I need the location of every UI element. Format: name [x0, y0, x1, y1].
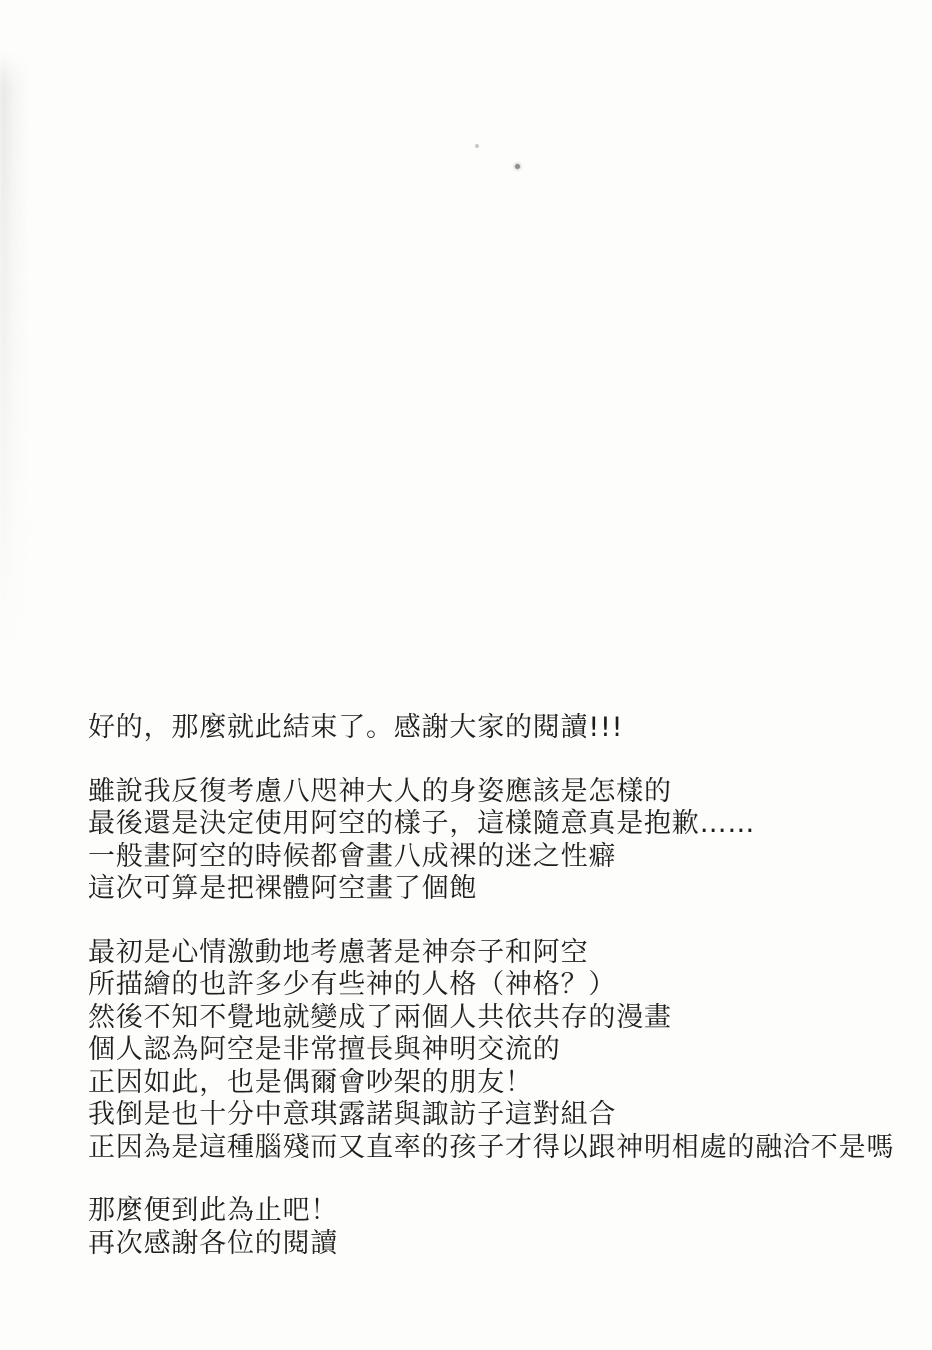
afterword-line: 雖說我反復考慮八咫神大人的身姿應該是怎樣的: [88, 776, 888, 809]
afterword-line: 一般畫阿空的時候都會畫八成裸的迷之性癖: [88, 841, 888, 874]
afterword-paragraph-1: 好的，那麼就此結束了。感謝大家的閱讀!!!: [88, 712, 888, 745]
afterword-paragraph-3: 最初是心情激動地考慮著是神奈子和阿空 所描繪的也許多少有些神的人格（神格？） 然…: [88, 937, 888, 1165]
afterword-line: 然後不知不覺地就變成了兩個人共依共存的漫畫: [88, 1002, 888, 1035]
dust-speck: [515, 164, 520, 169]
dust-speck: [475, 144, 479, 148]
afterword-line: 那麼便到此為止吧！: [88, 1195, 888, 1228]
afterword-line: 最後還是決定使用阿空的樣子，這樣隨意真是抱歉……: [88, 808, 888, 841]
afterword-line: 再次感謝各位的閱讀: [88, 1228, 888, 1261]
afterword-text-block: 好的，那麼就此結束了。感謝大家的閱讀!!! 雖說我反復考慮八咫神大人的身姿應該是…: [88, 712, 888, 1291]
scanned-afterword-page: 好的，那麼就此結束了。感謝大家的閱讀!!! 雖說我反復考慮八咫神大人的身姿應該是…: [0, 0, 932, 1350]
afterword-line: 這次可算是把裸體阿空畫了個飽: [88, 873, 888, 906]
afterword-line: 所描繪的也許多少有些神的人格（神格？）: [88, 969, 888, 1002]
afterword-line: 好的，那麼就此結束了。感謝大家的閱讀!!!: [88, 712, 888, 745]
afterword-line: 個人認為阿空是非常擅長與神明交流的: [88, 1034, 888, 1067]
afterword-line: 正因如此，也是偶爾會吵架的朋友！: [88, 1067, 888, 1100]
afterword-paragraph-2: 雖說我反復考慮八咫神大人的身姿應該是怎樣的 最後還是決定使用阿空的樣子，這樣隨意…: [88, 776, 888, 906]
afterword-line: 正因為是這種腦殘而又直率的孩子才得以跟神明相處的融洽不是嗎: [88, 1132, 888, 1165]
page-edge-scan-shadow: [0, 52, 30, 652]
afterword-paragraph-4: 那麼便到此為止吧！ 再次感謝各位的閱讀: [88, 1195, 888, 1260]
afterword-line: 最初是心情激動地考慮著是神奈子和阿空: [88, 937, 888, 970]
afterword-line: 我倒是也十分中意琪露諾與諏訪子這對組合: [88, 1099, 888, 1132]
